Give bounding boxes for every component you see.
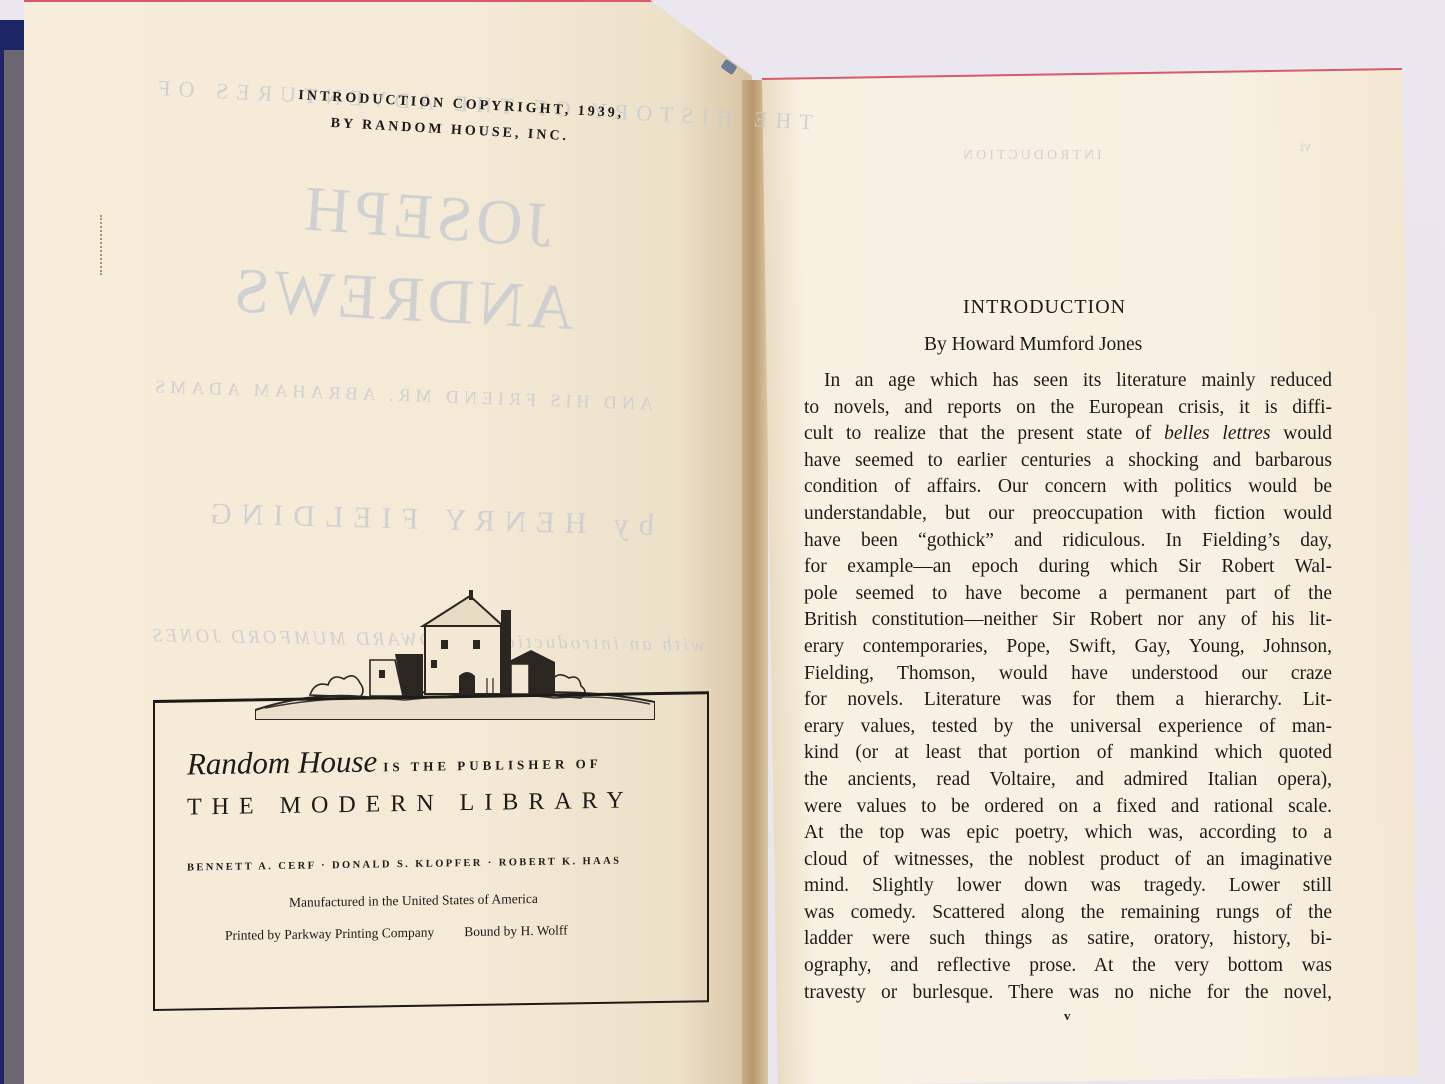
text-line: for novels. Literature was for them a hi… xyxy=(804,687,1332,714)
text-line: was comedy. Scattered along the remainin… xyxy=(804,900,1332,927)
chapter-title: INTRODUCTION xyxy=(963,296,1126,319)
text-line: understandable, but our preoccupation wi… xyxy=(804,501,1332,528)
text-line: ography, and reflective prose. At the ve… xyxy=(804,953,1332,980)
publisher-name: Random House xyxy=(187,743,377,781)
text-line: travesty or burlesque. There was no nich… xyxy=(804,980,1332,1007)
text-line: cult to realize that the present state o… xyxy=(804,421,1332,448)
text-line: pole seemed to have become a permanent p… xyxy=(804,581,1332,608)
publisher-line: Random HouseIS THE PUBLISHER OF xyxy=(187,740,602,783)
chapter-byline: By Howard Mumford Jones xyxy=(924,334,1142,356)
show-through-running-head: INTRODUCTION xyxy=(960,148,1102,164)
cover-board xyxy=(4,50,26,1084)
text-line: At the top was epic poetry, which was, a… xyxy=(804,820,1332,847)
text-line: cloud of witnesses, the noblest product … xyxy=(804,847,1332,874)
bound-by: Bound by H. Wolff xyxy=(464,922,567,939)
text-line: have seemed to earlier centuries a shock… xyxy=(804,448,1332,475)
publisher-imprint-box: Random HouseIS THE PUBLISHER OF THE MODE… xyxy=(153,691,709,1011)
series-name: THE MODERN LIBRARY xyxy=(187,787,634,821)
founders: BENNETT A. CERF · DONALD S. KLOPFER · RO… xyxy=(187,856,621,874)
text-line: for example—an epoch during which Sir Ro… xyxy=(804,554,1332,581)
printer-binder-line: Printed by Parkway Printing CompanyBound… xyxy=(225,922,568,943)
text-line: to novels, and reports on the European c… xyxy=(804,395,1332,422)
text-line: condition of affairs. Our concern with p… xyxy=(804,474,1332,501)
text-line: kind (or at least that portion of mankin… xyxy=(804,740,1332,767)
text-line: erary contemporaries, Pope, Swift, Gay, … xyxy=(804,634,1332,661)
italic-phrase: belles lettres xyxy=(1164,423,1270,444)
show-through-page-number: vi xyxy=(1300,140,1311,156)
text-line: have been “gothick” and ridiculous. In F… xyxy=(804,528,1332,555)
page-number: v xyxy=(1064,1008,1071,1024)
text-line: were values to be ordered on a fixed and… xyxy=(804,794,1332,821)
text-line: the ancients, read Voltaire, and admired… xyxy=(804,767,1332,794)
text-line: British constitution—neither Sir Robert … xyxy=(804,607,1332,634)
manufactured-note: Manufactured in the United States of Ame… xyxy=(289,891,538,911)
introduction-body: In an age which has seen its literature … xyxy=(804,368,1332,1006)
text-line: In an age which has seen its literature … xyxy=(804,368,1332,395)
printed-by: Printed by Parkway Printing Company xyxy=(225,925,434,943)
publisher-of: IS THE PUBLISHER OF xyxy=(383,756,601,774)
print-specks xyxy=(100,215,106,275)
text-line: ladder were such things as satire, orato… xyxy=(804,926,1332,953)
text-line: Fielding, Thomson, would have understood… xyxy=(804,661,1332,688)
text-line: erary values, tested by the universal ex… xyxy=(804,714,1332,741)
text-line: mind. Slightly lower down was tragedy. L… xyxy=(804,873,1332,900)
